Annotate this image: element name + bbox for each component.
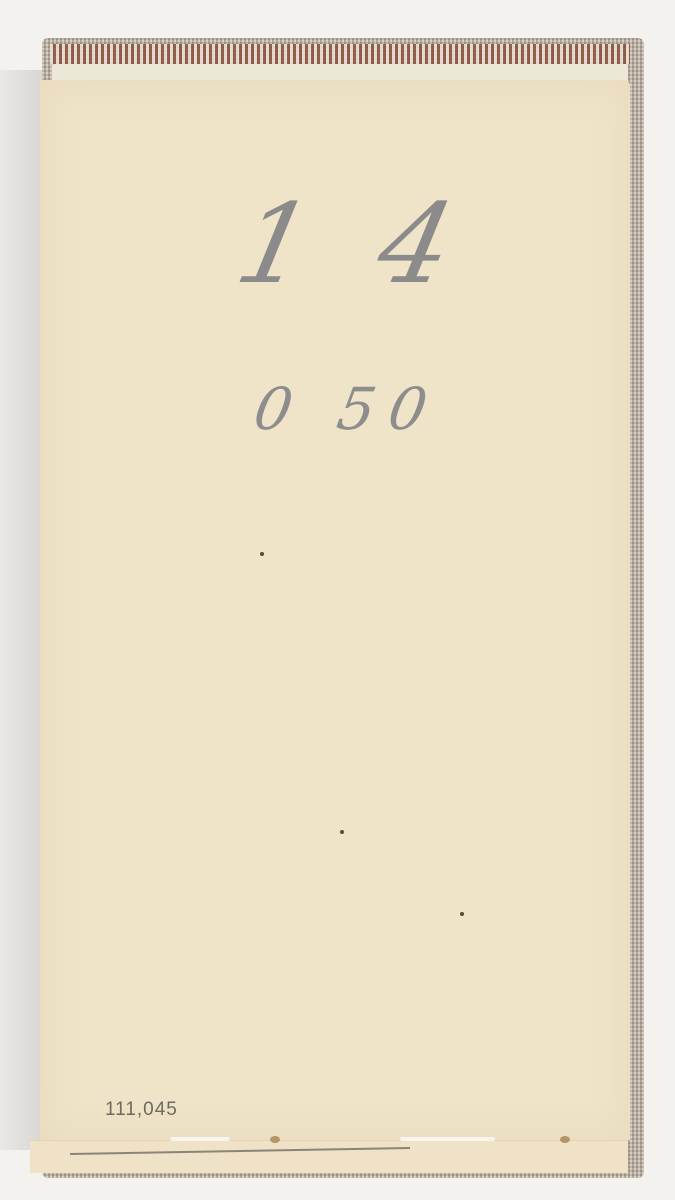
- stitch-binding: [30, 1133, 628, 1145]
- binding-thread: [400, 1137, 495, 1141]
- stitch-hole: [560, 1136, 570, 1143]
- stitch-hole: [270, 1136, 280, 1143]
- cover-top-weave: [50, 44, 630, 64]
- pencil-price-mark: 0 50: [249, 375, 446, 443]
- foxing-spot: [460, 912, 464, 916]
- foxing-spot: [340, 830, 344, 834]
- bottom-binding-strip: [30, 1140, 628, 1173]
- inventory-number: 111,045: [105, 1099, 178, 1121]
- background-shadow: [0, 70, 44, 1150]
- binding-thread: [170, 1137, 230, 1141]
- pencil-mark-top: 1 4: [226, 180, 482, 308]
- sketchbook-page: 1 4 0 50 111,045: [40, 80, 630, 1140]
- foxing-spot: [260, 552, 264, 556]
